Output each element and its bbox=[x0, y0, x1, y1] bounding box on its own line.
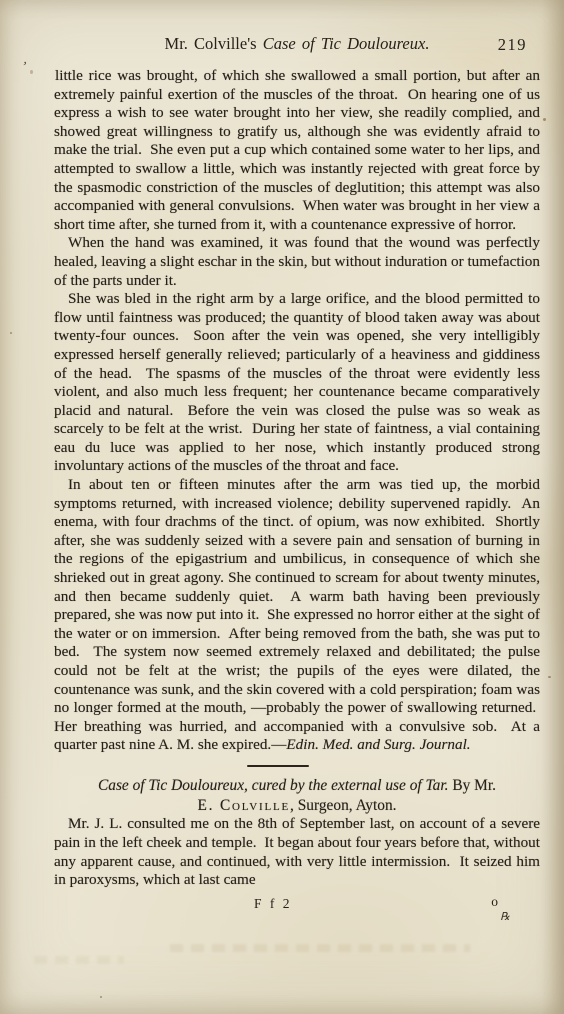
running-head-title: Case of Tic Douloureux. bbox=[263, 34, 430, 53]
page-footer: F f 2 o ℞ bbox=[54, 894, 540, 938]
ink-speck bbox=[10, 332, 12, 334]
signature-mark: F f 2 bbox=[254, 896, 292, 912]
ink-speck bbox=[548, 676, 551, 678]
paragraph: little rice was brought, of which she sw… bbox=[54, 67, 540, 234]
ink-speck bbox=[543, 118, 546, 121]
running-head: Mr. Colville's Case of Tic Douloureux. 2… bbox=[54, 34, 540, 54]
margin-ink-mark: ’ bbox=[21, 60, 28, 76]
article-heading-author-title: , Surgeon, Ayton. bbox=[290, 797, 396, 814]
article-heading-author: E. Colville bbox=[197, 797, 290, 814]
show-through-ghost bbox=[170, 944, 470, 952]
ink-speck bbox=[30, 70, 33, 74]
page-content: Mr. Colville's Case of Tic Douloureux. 2… bbox=[54, 34, 540, 938]
journal-attribution: Edin. Med. and Surg. Journal. bbox=[286, 736, 470, 753]
running-head-author: Mr. Colville's bbox=[165, 34, 257, 53]
paragraph: Mr. J. L. consulted me on the 8th of Sep… bbox=[54, 815, 540, 889]
article-1-body: little rice was brought, of which she sw… bbox=[54, 67, 540, 755]
paragraph: In about ten or fifteen minutes after th… bbox=[54, 476, 540, 755]
scanned-book-page: { "colors": { "paper": "#ebe6d4", "ink":… bbox=[0, 0, 564, 1014]
article-heading-byline: By Mr. bbox=[452, 777, 496, 794]
press-mark: ℞ bbox=[500, 910, 510, 923]
section-divider-rule bbox=[247, 765, 309, 768]
paragraph-text: In about ten or fifteen minutes after th… bbox=[54, 476, 540, 753]
article-2: Case of Tic Douloureux, cured by the ext… bbox=[54, 776, 540, 889]
paragraph: When the hand was examined, it was found… bbox=[54, 234, 540, 290]
article-heading: Case of Tic Douloureux, cured by the ext… bbox=[54, 776, 540, 815]
catchword: o bbox=[491, 894, 498, 910]
article-heading-title: Case of Tic Douloureux, cured by the ext… bbox=[98, 777, 449, 794]
show-through-ghost bbox=[34, 956, 124, 964]
ink-speck bbox=[100, 996, 102, 998]
page-number: 219 bbox=[498, 35, 527, 55]
paragraph: She was bled in the right arm by a large… bbox=[54, 290, 540, 476]
